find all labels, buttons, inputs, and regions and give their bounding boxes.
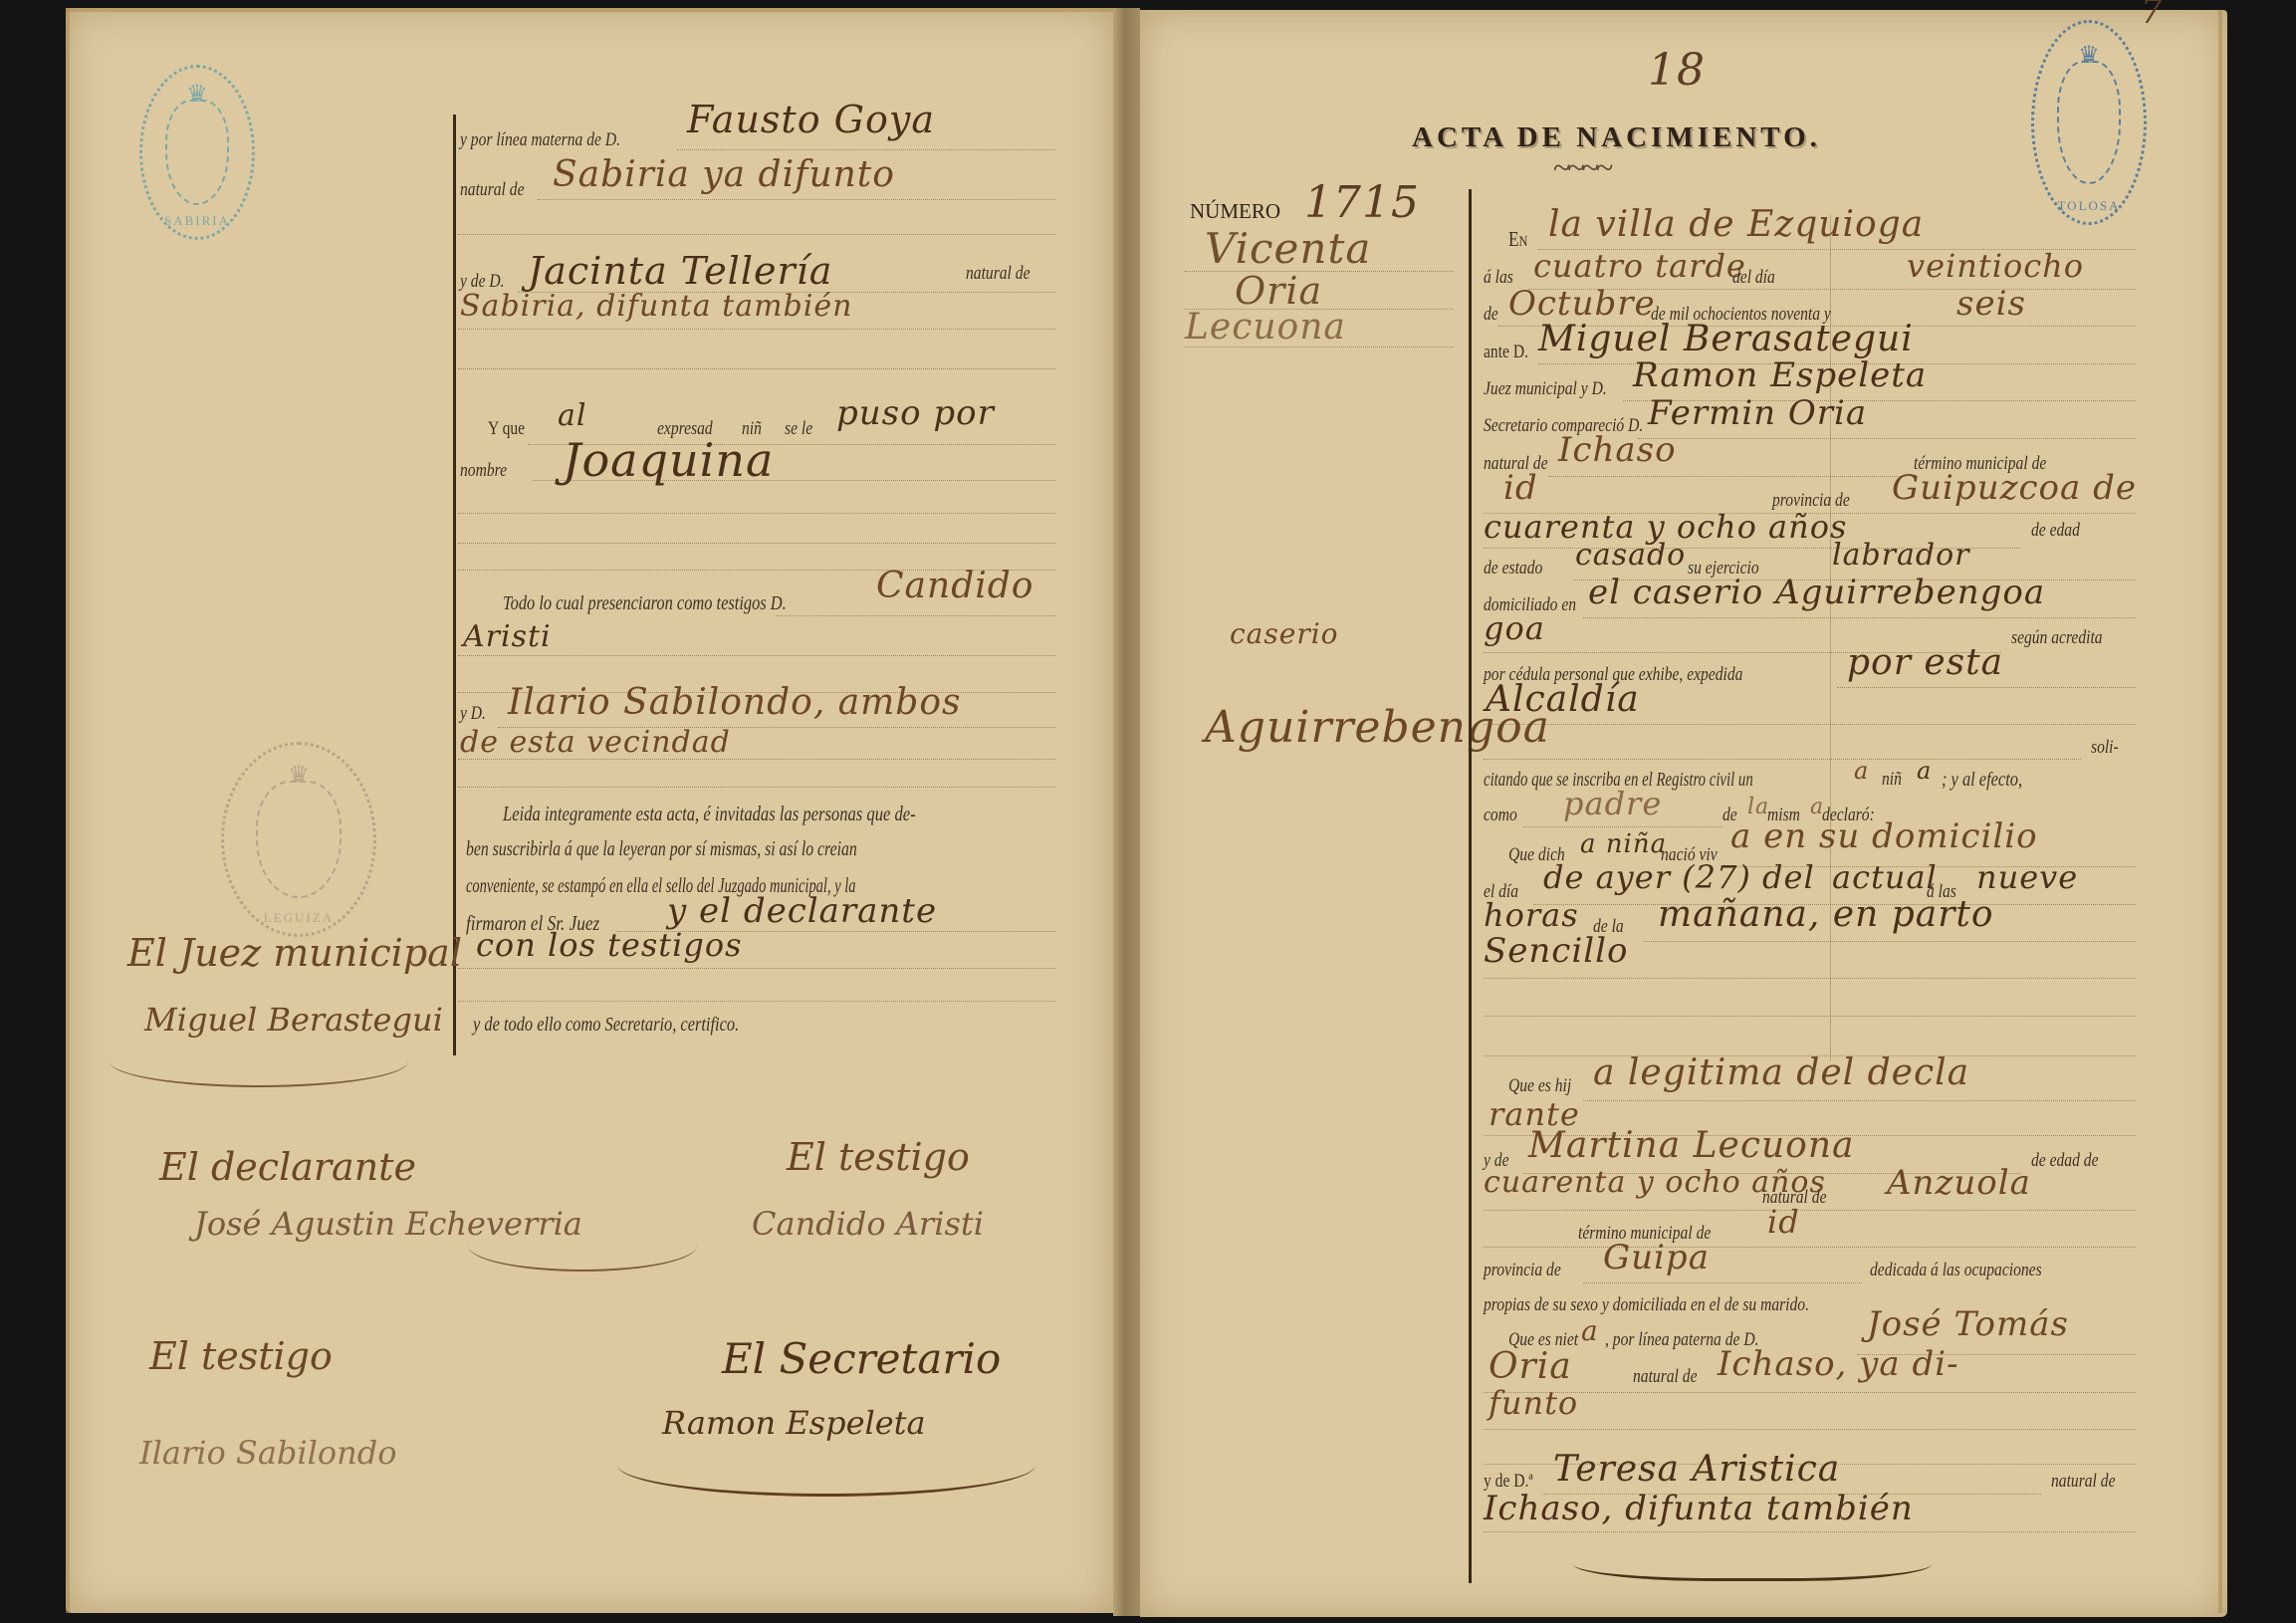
dotted-line [1638,438,2136,439]
margin-child-name: Vicenta [1205,224,1371,273]
dotted-line [1484,1429,2136,1430]
hand-value: Teresa Aristica [1553,1449,1840,1490]
label: se le [785,418,812,440]
signature-title: El testigo [787,1135,970,1179]
hand-value: veintiocho [1907,247,2084,285]
label: nombre [460,460,507,482]
hand-value: por esta [1847,642,2003,683]
hand-value: actual [1832,858,1938,896]
dotted-line [1548,476,1907,477]
hand-value: al [558,398,586,433]
hand-value: Ichaso, ya di- [1718,1344,1959,1384]
label: del día [1732,267,1775,289]
dotted-line [1484,1016,2136,1017]
label: ; y al efecto, [1942,769,2022,792]
hand-witness: de esta vecindad [460,725,731,760]
hand-value: id [1503,468,1538,508]
label: de estado [1484,558,1542,580]
hand-value: a niña [1580,829,1667,859]
hand-value: con los testigos [476,926,743,964]
margin-surname-2: Lecuona [1185,307,1346,348]
court-seal-stamp: ♛ LEGUIZA [221,742,376,937]
dotted-line [458,543,1055,544]
page-edge [2218,10,2222,1613]
label: de edad de [2031,1150,2098,1172]
hand-value: Guipa [1603,1238,1710,1277]
hand-value: labrador [1832,538,1970,573]
label: dedicada á las ocupaciones [1870,1260,2042,1281]
hand-value: horas [1484,896,1579,934]
dotted-line [458,787,1055,788]
court-seal-stamp: ♛ TOLOSA [2031,20,2147,225]
dotted-line [1484,724,2136,725]
hand-value: Martina Lecuona [1528,1125,1855,1166]
label: natural de [460,179,524,201]
signature-flourish [110,1036,408,1087]
hand-value: y el declarante [667,891,937,931]
label: provincia de [1484,1260,1561,1281]
hand-value: la villa de Ezquioga [1548,204,1924,245]
dotted-line [1583,1282,1862,1283]
signature-testigo-2: Ilario Sabilondo [139,1434,397,1472]
hand-value: Anzuola [1887,1163,2031,1203]
numero-label: NÚMERO [1190,199,1280,224]
column-rule [1469,189,1472,1583]
dotted-line [1643,941,2136,942]
dotted-line [1484,1210,2136,1211]
label: natural de [2051,1471,2115,1493]
label: y D. [460,703,486,725]
page-edge [66,8,70,1613]
dotted-line [1583,1100,2136,1101]
dotted-line [1583,617,2136,618]
hand-grandfather-name: Fausto Goya [687,98,935,141]
closing-text: Leida integramente esta acta, é invitada… [503,802,916,826]
hand-value: goa [1484,609,1545,647]
dotted-line [1484,1392,2136,1393]
hand-value: a [1854,757,1869,785]
label: de edad [2031,520,2080,542]
signature-title: El testigo [149,1334,333,1378]
dotted-line [458,655,1055,656]
signature-title: El declarante [159,1145,416,1189]
label: según acredita [2011,627,2103,649]
hand-value: Octubre [1508,284,1656,324]
dotted-line [1484,759,2081,760]
page-title: ACTA DE NACIMIENTO. [1412,121,1821,154]
dotted-line [533,480,1055,481]
hand-given-name: Joaquina [563,433,774,487]
dotted-line [1523,826,1722,827]
book-gutter [1113,8,1140,1616]
hand-witness: Candido [876,566,1033,606]
hand-value: Ramon Espeleta [1633,355,1927,395]
hand-witness: Ilario Sabilondo, ambos [508,682,962,723]
dotted-line [458,329,1055,330]
hand-value: Alcaldía [1486,679,1640,720]
hand-value: padre [1563,785,1662,822]
hand-value: id [1767,1203,1800,1241]
label: natural de [1633,1366,1697,1388]
dotted-line [538,199,1055,200]
page-edge [66,8,1113,12]
dotted-line [458,513,1055,514]
folio-number: 18 [1648,45,1706,96]
court-seal-stamp: ♛ SABIRIA [139,65,255,240]
hand-value: Miguel Berasategui [1538,319,1914,359]
dotted-line [458,1001,1055,1002]
crown-icon: ♛ [186,80,208,109]
label: y por línea materna de D. [460,129,620,151]
dotted-line [1484,978,2136,979]
label: Que es hij [1508,1075,1571,1097]
dotted-line [777,615,1055,616]
hand-value: funto [1489,1384,1578,1422]
hand-value: a [1917,757,1932,785]
hand-value: a en su domicilio [1730,816,2038,856]
label: soli- [2091,737,2119,759]
label: propias de su sexo y domiciliada en el d… [1484,1294,1809,1316]
signature-juez: Miguel Berastegui [144,1001,443,1039]
hand-value: Fermin Oria [1648,393,1867,433]
dotted-line [458,234,1055,235]
hand-value: mañana, en parto [1658,894,1994,935]
signature-testigo-1: Candido Aristi [752,1205,984,1243]
hand-value: Ichaso, difunta también [1484,1489,1914,1528]
hand-value: puso por [836,393,995,433]
hand-value: Guipuzcoa de [1892,468,2137,508]
dotted-line [458,968,1055,969]
label: En [1508,227,1527,252]
hand-value: Oria [1489,1346,1572,1387]
hand-value: a [1581,1314,1599,1347]
signature-title: El Juez municipal [127,931,462,975]
label: ante D. [1484,342,1528,363]
dotted-line [1484,1531,2136,1532]
hand-value: seis [1956,284,2026,324]
dotted-line [1185,347,1454,348]
closing-flourish [1573,1538,1932,1581]
dotted-line [1837,687,2136,688]
signature-flourish [617,1434,1035,1497]
hand-value: casado [1575,538,1686,573]
hand-value: cuatro tarde [1533,247,1746,285]
hand-origin: Sabiria, difunta también [460,289,852,324]
dotted-line [458,368,1055,369]
hand-value: de ayer (27) del [1543,858,1815,896]
corner-mark: 7 [2141,0,2164,32]
label: niñ [1882,769,1902,791]
margin-note: caserio [1230,617,1339,650]
label: como [1484,805,1517,826]
hand-grandmother-name: Jacinta Tellería [528,249,832,293]
label: natural de [966,263,1030,285]
hand-value: José Tomás [1867,1304,2069,1344]
dotted-line [458,759,1055,760]
dotted-line [1484,1247,2136,1248]
signature-flourish [468,1220,697,1272]
record-number: 1715 [1304,177,1420,228]
label: de [1484,304,1498,326]
dotted-line [677,149,1055,150]
closing-text: y de todo ello como Secretario, certific… [473,1014,739,1037]
hand-value: el caserio Aguirrebengoa [1588,573,2045,612]
hand-witness: Aristi [463,619,552,654]
title-flourish: ~~~~ [1553,149,1610,186]
hand-value: Ichaso [1558,430,1677,470]
crown-icon: ♛ [288,761,310,790]
label: Y que [488,418,525,440]
signature-title: El Secretario [722,1334,1001,1383]
column-rule [453,115,456,1055]
hand-value: a legitima del decla [1593,1052,1969,1093]
label: Juez municipal y D. [1484,378,1607,400]
crown-icon: ♛ [2078,41,2100,70]
hand-value: Sencillo [1484,931,1628,971]
hand-value: nueve [1976,858,2078,896]
closing-text: ben suscribirla á que la leyeran por sí … [466,836,857,861]
label: Todo lo cual presenciaron como testigos … [503,592,787,615]
hand-origin: Sabiria ya difunto [553,154,895,195]
